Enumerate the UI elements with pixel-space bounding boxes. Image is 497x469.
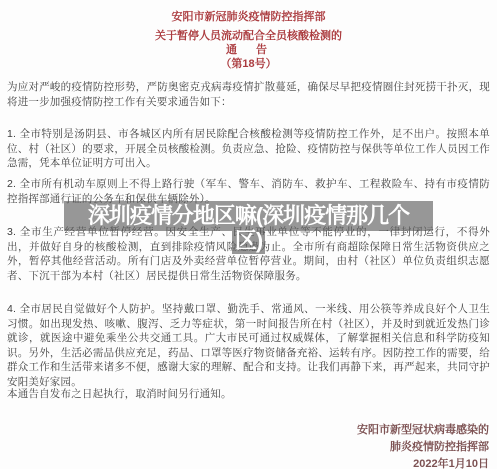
paragraph-closing: 本通告自发布之日起执行，取消时间另行通知。	[7, 387, 490, 402]
notice-document: 安阳市新冠肺炎疫情防控指挥部 关于暂停人员流动配合全员核酸检测的 通 告 （第1…	[0, 0, 497, 469]
title-notice-number: （第18号）	[0, 59, 497, 70]
document-title-block: 安阳市新冠肺炎疫情防控指挥部 关于暂停人员流动配合全员核酸检测的 通 告 （第1…	[0, 10, 497, 70]
paragraph-item-1: 1. 全市特别是汤阴县、市各城区内所有居民除配合核酸检测等疫情防控工作外，足不出…	[7, 127, 490, 171]
signature-date: 2022年1月10日	[357, 456, 489, 469]
signature-issuer-line1: 安阳市新型冠状病毒感染的	[357, 422, 489, 439]
paragraph-item-2: 2. 全市所有机动车原则上不得上路行驶（军车、警车、消防车、救护车、工程救险车、…	[7, 177, 490, 206]
signature-issuer-line2: 肺炎疫情防控指挥部	[357, 439, 489, 456]
paragraph-item-3: 3. 全市生产经营单位暂停经营。因安全生产、民生事业单位等不能停业的，一律封闭运…	[7, 225, 490, 283]
title-notice-word: 通 告	[0, 45, 497, 56]
signature-block: 安阳市新型冠状病毒感染的 肺炎疫情防控指挥部 2022年1月10日	[357, 422, 489, 469]
title-subject: 关于暂停人员流动配合全员核酸检测的	[0, 31, 497, 42]
paragraph-intro: 为应对严峻的疫情防控形势，严防奥密克戎病毒疫情扩散蔓延，确保尽早把疫情圈住封死捞…	[7, 80, 490, 109]
paragraph-item-4: 4. 全市居民自觉做好个人防护。坚持戴口罩、勤洗手、常通风、一米线、用公筷等养成…	[7, 302, 490, 390]
title-issuer: 安阳市新冠肺炎疫情防控指挥部	[0, 12, 497, 23]
